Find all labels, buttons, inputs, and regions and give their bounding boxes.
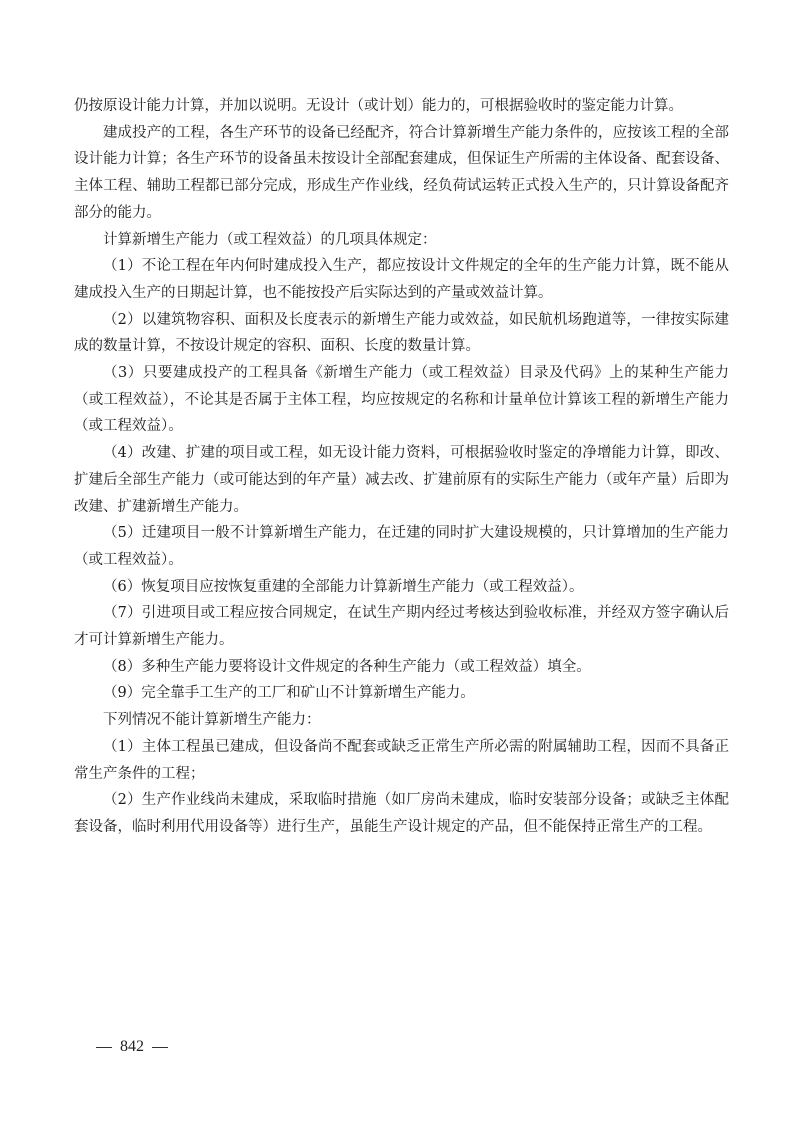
list-item: （8）多种生产能力要将设计文件规定的各种生产能力（或工程效益）填全。: [74, 654, 729, 681]
list-item: （5）迁建项目一般不计算新增生产能力，在迁建的同时扩大建设规模的，只计算增加的生…: [74, 520, 729, 573]
list-item: （1）主体工程虽已建成，但设备尚不配套或缺乏正常生产所必需的附属辅助工程，因而不…: [74, 734, 729, 787]
list-item: （4）改建、扩建的项目或工程，如无设计能力资料，可根据验收时鉴定的净增能力计算，…: [74, 440, 729, 520]
section-heading: 下列情况不能计算新增生产能力：: [74, 707, 729, 734]
list-item: （2）生产作业线尚未建成，采取临时措施（如厂房尚未建成，临时安装部分设备；或缺乏…: [74, 787, 729, 840]
list-item: （2）以建筑物容积、面积及长度表示的新增生产能力或效益，如民航机场跑道等，一律按…: [74, 307, 729, 360]
page-footer: 842: [88, 1038, 176, 1056]
list-item: （3）只要建成投产的工程具备《新增生产能力（或工程效益）目录及代码》上的某种生产…: [74, 360, 729, 440]
list-item: （6）恢复项目应按恢复重建的全部能力计算新增生产能力（或工程效益）。: [74, 574, 729, 601]
document-body: 仍按原设计能力计算，并加以说明。无设计（或计划）能力的，可根据验收时的鉴定能力计…: [74, 93, 729, 841]
dash-right: [152, 1047, 168, 1048]
list-item: （1）不论工程在年内何时建成投入生产，都应按设计文件规定的全年的生产能力计算，既…: [74, 253, 729, 306]
paragraph: 建成投产的工程，各生产环节的设备已经配齐，符合计算新增生产能力条件的，应按该工程…: [74, 120, 729, 227]
page-number: 842: [120, 1038, 144, 1055]
paragraph: 仍按原设计能力计算，并加以说明。无设计（或计划）能力的，可根据验收时的鉴定能力计…: [74, 93, 729, 120]
section-heading: 计算新增生产能力（或工程效益）的几项具体规定：: [74, 227, 729, 254]
list-item: （9）完全靠手工生产的工厂和矿山不计算新增生产能力。: [74, 680, 729, 707]
dash-left: [96, 1047, 112, 1048]
list-item: （7）引进项目或工程应按合同规定，在试生产期内经过考核达到验收标准，并经双方签字…: [74, 600, 729, 653]
